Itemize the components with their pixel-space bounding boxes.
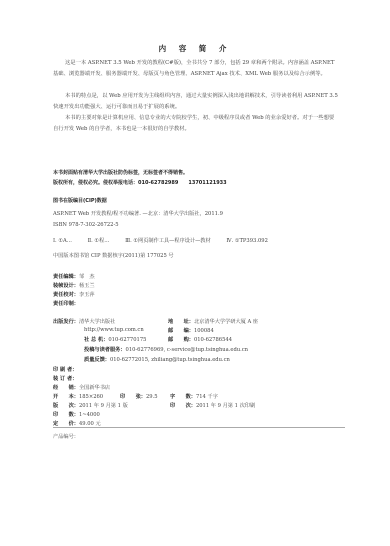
distributor: 经 销：全国新华书店 (53, 384, 110, 391)
binder: 装 订 者： (53, 375, 77, 382)
anti-piracy-notice: 本书封面贴有清华大学出版社防伪标签，无标签者不得销售。 版权所有，侵权必究。侵权… (53, 168, 338, 188)
staff-printing: 责任印制： (53, 300, 79, 307)
cip-heading: 图书在版编目(CIP)数据 (53, 197, 107, 204)
publisher-postcode: 邮 编：100084 (168, 327, 214, 334)
phone-2: 13701121933 (188, 180, 226, 186)
copyright-page: 内 容 简 介 这是一本 ASP.NET 3.5 Web 开发的教程(C#版)，… (0, 0, 390, 546)
intro-paragraph-1: 这是一本 ASP.NET 3.5 Web 开发的教程(C#版)，全书共分 7 部… (53, 58, 338, 80)
spec-format: 开 本：185×260 (53, 393, 103, 400)
classification-1: Ⅰ. ①A… (53, 238, 72, 244)
publisher-reader-service: 投稿与读者服务：010-62776969, c-service@tup.tsin… (84, 346, 248, 353)
spec-printing: 印 次：2011 年 9 月第 1 次印刷 (170, 402, 255, 409)
cip-record: 中国版本图书馆 CIP 数据核字(2011)第 177025 号 (53, 252, 174, 259)
intro-paragraph-3: 本书的主要对象是计算机应用、信息专业的大专院校学生，初、中级程序员或者 Web … (53, 113, 338, 135)
page-title: 内 容 简 介 (0, 43, 390, 54)
staff-design: 装帧设计：杨玉兰 (53, 282, 95, 289)
spec-copies: 印 数：1~4000 (53, 411, 100, 418)
notice-line-2: 版权所有，侵权必究。侵权举报电话：010-6278298913701121933 (53, 178, 338, 188)
staff-editor: 责任编辑：邹 杰 (53, 273, 95, 280)
intro-paragraph-2: 本书的特点是，以 Web 应用开发为主线组织内容，通过大量实例深入浅出地讲解技术… (53, 91, 338, 113)
classification-2: Ⅱ. ①程… (88, 238, 110, 244)
phone-1: 010-62782989 (138, 180, 178, 186)
notice-prefix: 版权所有，侵权必究。侵权举报电话： (53, 180, 138, 186)
staff-proofreader: 责任校对：李玉萍 (53, 291, 95, 298)
cip-line-1: ASP.NET Web 开发教程/程不功编著. —北京：清华大学出版社，2011… (53, 210, 223, 217)
publisher-website: http://www.tup.com.cn (84, 327, 144, 333)
spec-words: 字 数：714 千字 (170, 393, 218, 400)
publisher-address: 地 址：北京清华大学学研大厦 A 座 (168, 318, 258, 325)
cip-isbn: ISBN 978-7-302-26722-5 (53, 222, 119, 228)
publisher-quality-feedback: 质量反馈：010-62772015, zhiliang@tup.tsinghua… (84, 356, 230, 363)
product-code-label: 产品编号： (53, 433, 79, 440)
cip-classifications: Ⅰ. ①A… Ⅱ. ①程… Ⅲ. ①网页制作工具—程序设计—教材 Ⅳ. ①TP3… (53, 237, 282, 244)
publisher-switchboard: 社 总 机：010-62770175 (84, 336, 146, 343)
divider (53, 427, 345, 428)
spec-edition: 版 次：2011 年 9 月第 1 版 (53, 402, 128, 409)
publisher-name: 出版发行：清华大学出版社 (53, 318, 115, 325)
notice-line-1: 本书封面贴有清华大学出版社防伪标签，无标签者不得销售。 (53, 168, 338, 178)
classification-4: Ⅳ. ①TP393.092 (226, 238, 268, 244)
classification-3: Ⅲ. ①网页制作工具—程序设计—教材 (125, 238, 211, 244)
spec-sheets: 印 张：29.5 (120, 393, 158, 400)
spec-price: 定 价：49.00 元 (53, 420, 101, 427)
printer: 印 刷 者： (53, 366, 77, 373)
publisher-mail-order: 邮 购：010-62786544 (168, 336, 232, 343)
